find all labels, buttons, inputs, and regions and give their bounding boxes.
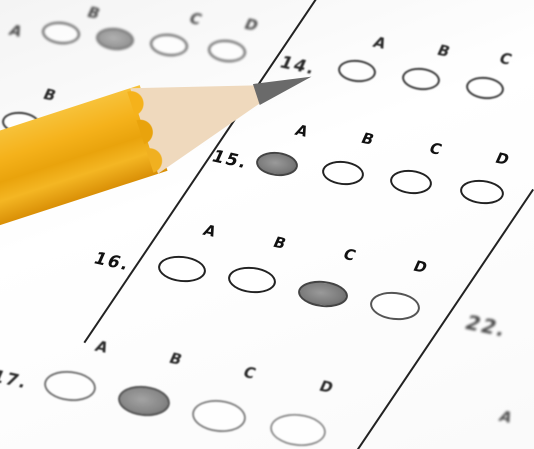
choice-label: A: [496, 407, 516, 426]
choice-label: C: [340, 245, 359, 264]
question-number: 16.: [90, 249, 134, 275]
choice-label: B: [40, 85, 60, 104]
question-number: 17.: [0, 367, 32, 393]
choice-label: B: [434, 41, 454, 60]
choice-label: B: [270, 233, 290, 252]
answer-bubble-filled[interactable]: [255, 150, 299, 178]
choice-label: C: [426, 139, 445, 158]
answer-bubble[interactable]: [321, 159, 365, 187]
choice-label: A: [370, 33, 390, 52]
choice-label: A: [92, 337, 112, 356]
choice-label: B: [84, 3, 104, 22]
answer-bubble[interactable]: [369, 289, 422, 322]
choice-label: B: [358, 129, 378, 148]
answer-bubble[interactable]: [149, 32, 189, 58]
answer-bubble[interactable]: [465, 75, 505, 101]
answer-bubble[interactable]: [227, 265, 277, 296]
choice-label: A: [6, 21, 26, 40]
answer-bubble[interactable]: [190, 397, 247, 434]
answer-bubble[interactable]: [401, 66, 441, 92]
choice-label: D: [410, 257, 431, 277]
choice-label: C: [240, 363, 259, 382]
answer-bubble[interactable]: [337, 58, 377, 84]
answer-bubble-filled[interactable]: [95, 26, 135, 52]
choice-label: D: [241, 15, 262, 35]
choice-label: D: [316, 377, 337, 397]
answer-bubble-filled[interactable]: [117, 383, 172, 418]
choice-label: D: [492, 149, 513, 169]
answer-bubble[interactable]: [459, 178, 505, 206]
choice-label: B: [166, 349, 186, 368]
choice-label: A: [200, 221, 220, 240]
photo-scene: A B C D B C D 14. A B C 15. A B C D: [0, 0, 534, 449]
answer-bubble[interactable]: [41, 20, 81, 46]
answer-bubble[interactable]: [389, 168, 433, 196]
answer-bubble[interactable]: [268, 411, 327, 449]
answer-bubble[interactable]: [157, 254, 207, 285]
answer-bubble-filled[interactable]: [297, 278, 349, 309]
question-number: 22.: [461, 310, 512, 341]
answer-bubble[interactable]: [43, 368, 98, 403]
choice-label: C: [496, 49, 515, 68]
choice-label: C: [186, 9, 205, 28]
